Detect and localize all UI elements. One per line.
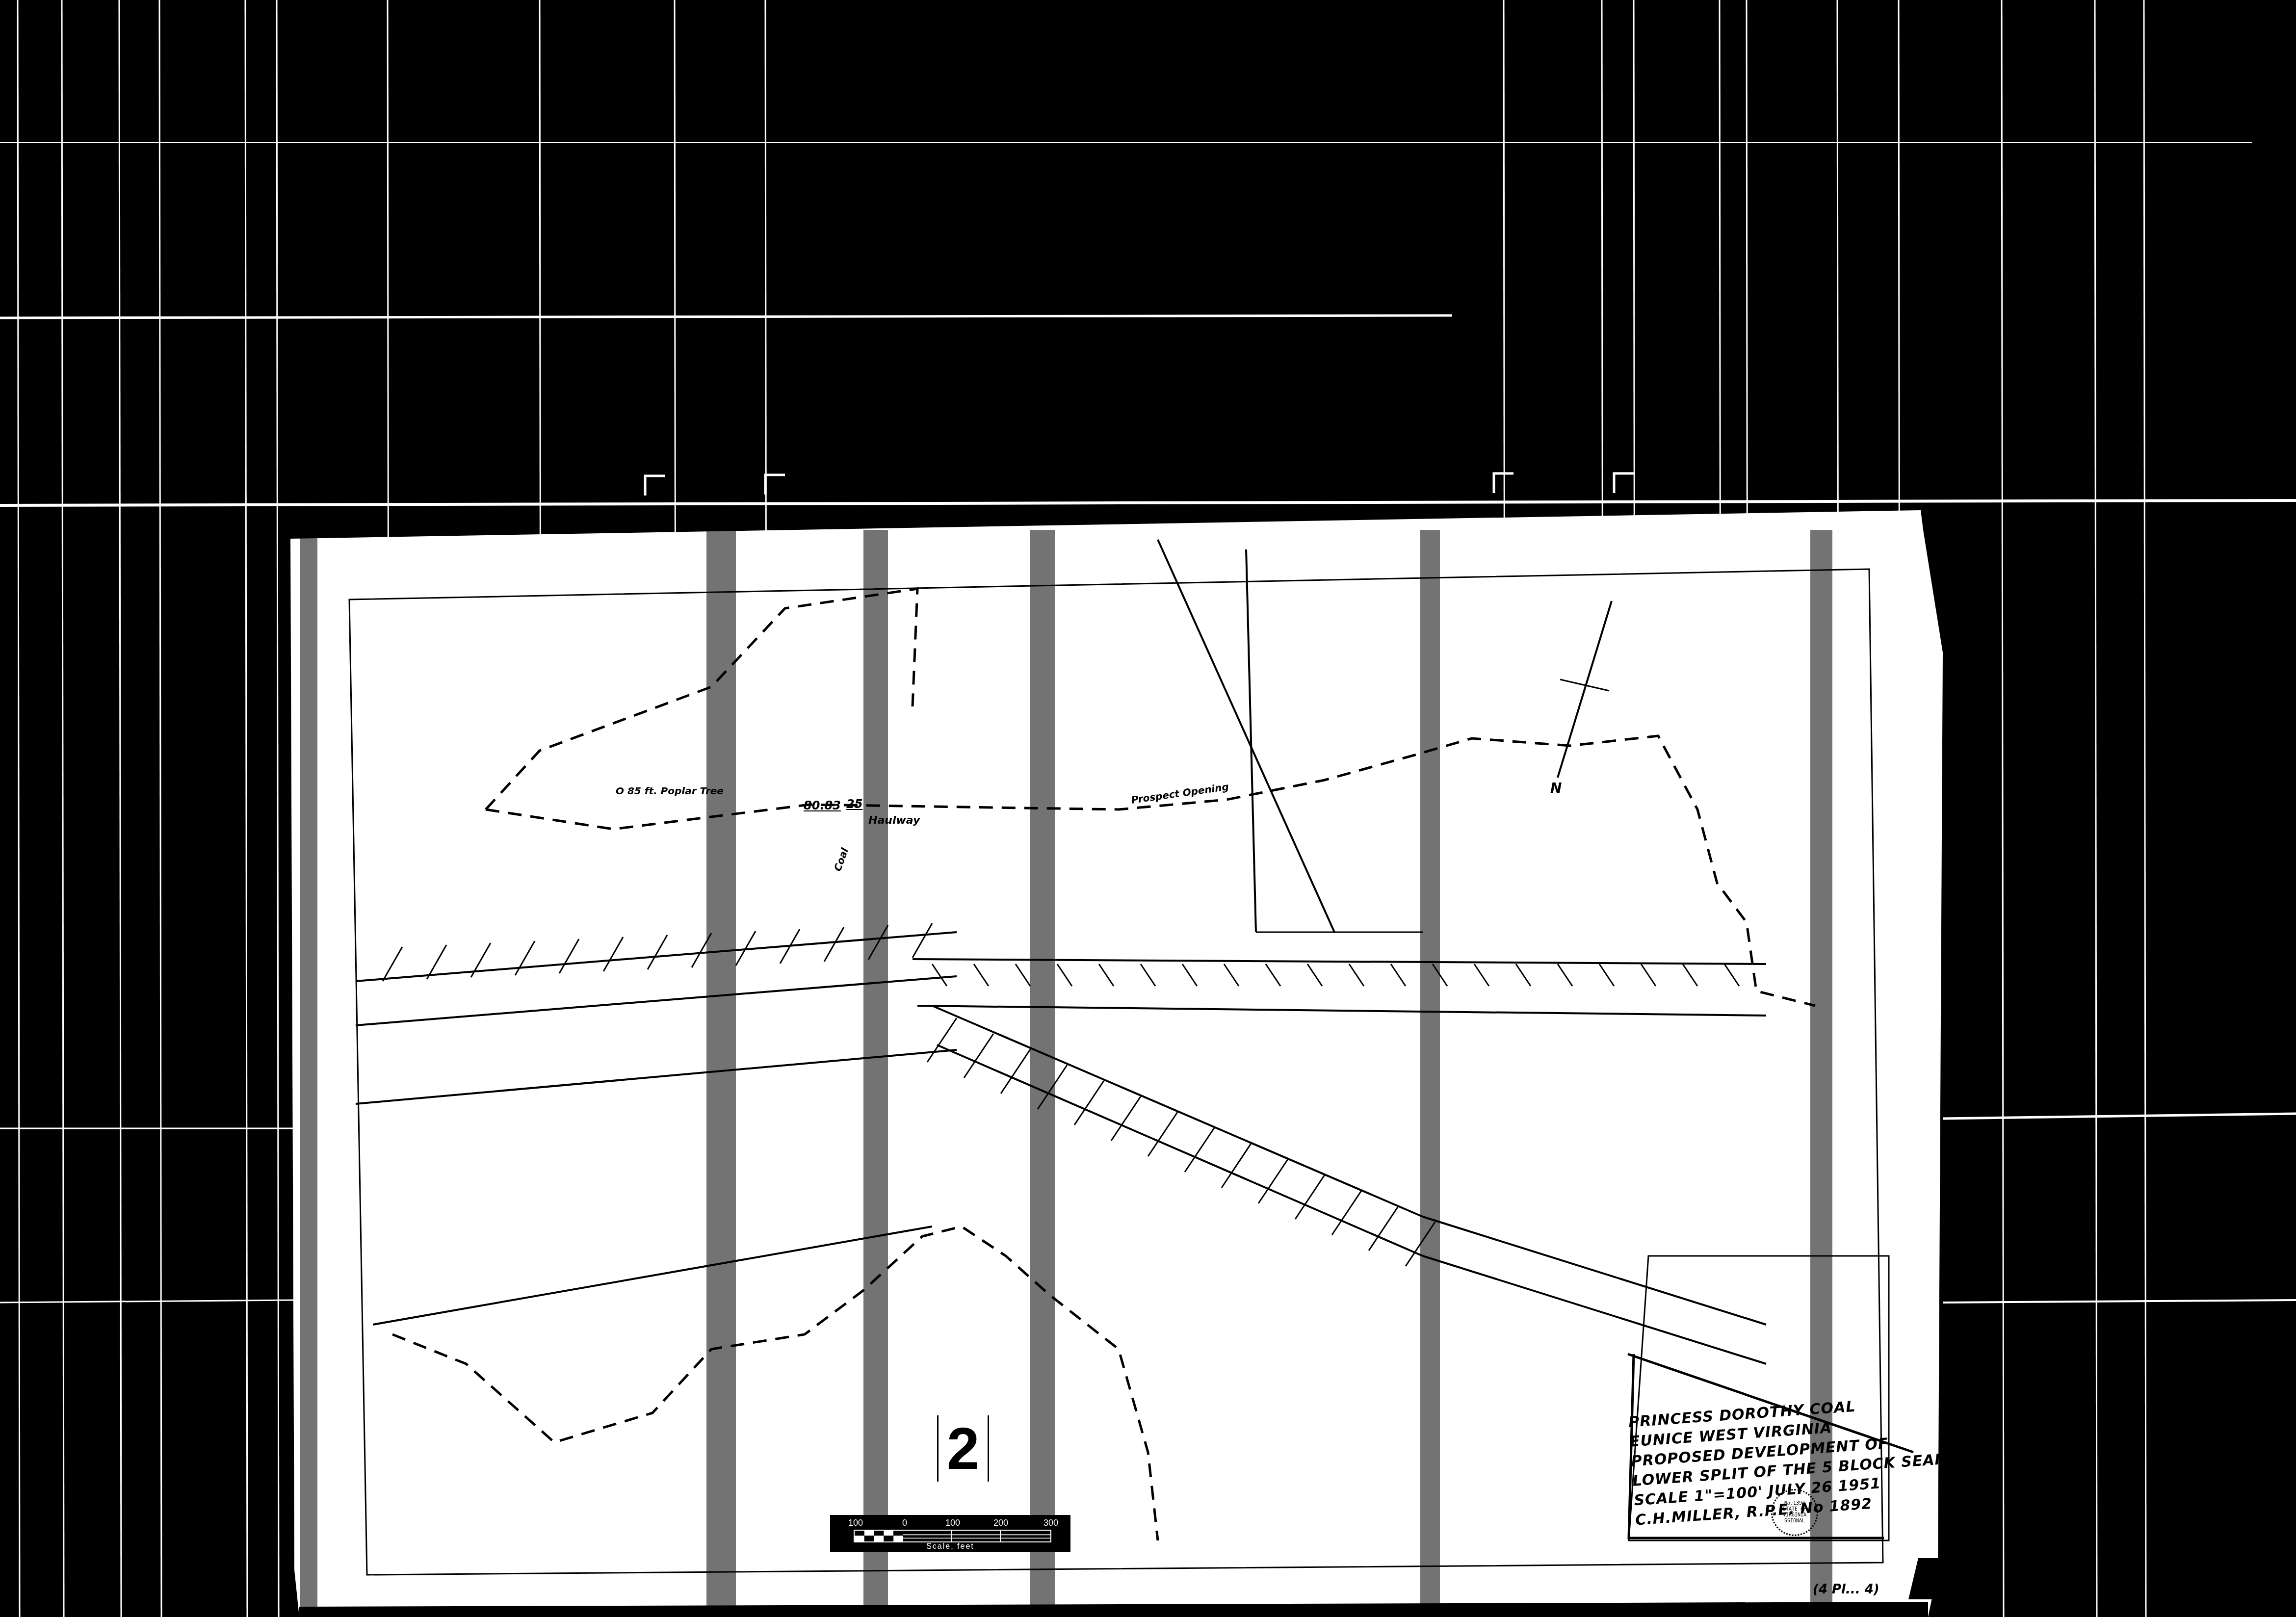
haulway-label: Haulway bbox=[868, 814, 920, 827]
distance-label-2: 25 bbox=[846, 797, 862, 811]
sheet-number: 2 bbox=[937, 1415, 989, 1482]
scale-tick: 100 bbox=[848, 1518, 863, 1528]
engineer-seal: No.1392 STATE OF VIRGINIA SSIONAL bbox=[1771, 1489, 1818, 1536]
scale-caption: Scale, feet bbox=[830, 1542, 1070, 1551]
scale-tick: 0 bbox=[902, 1518, 907, 1528]
scale-tick: 300 bbox=[1044, 1518, 1058, 1528]
poplar-tree-label: O 85 ft. Poplar Tree bbox=[616, 785, 724, 797]
scale-bar-graphic bbox=[854, 1530, 1051, 1542]
page-note: (4 Pl... 4) bbox=[1813, 1582, 1879, 1597]
scale-tick: 200 bbox=[993, 1518, 1008, 1528]
title-block: PRINCESS DOROTHY COAL EUNICE WEST VIRGIN… bbox=[1628, 1395, 1890, 1531]
map-sheet bbox=[0, 0, 2296, 1617]
scale-tick: 100 bbox=[945, 1518, 960, 1528]
scale-bar: 100 0 100 200 300 Scale, feet bbox=[830, 1515, 1070, 1552]
north-arrow-label: N bbox=[1550, 780, 1562, 796]
distance-label-1: 80.83 bbox=[804, 799, 841, 812]
